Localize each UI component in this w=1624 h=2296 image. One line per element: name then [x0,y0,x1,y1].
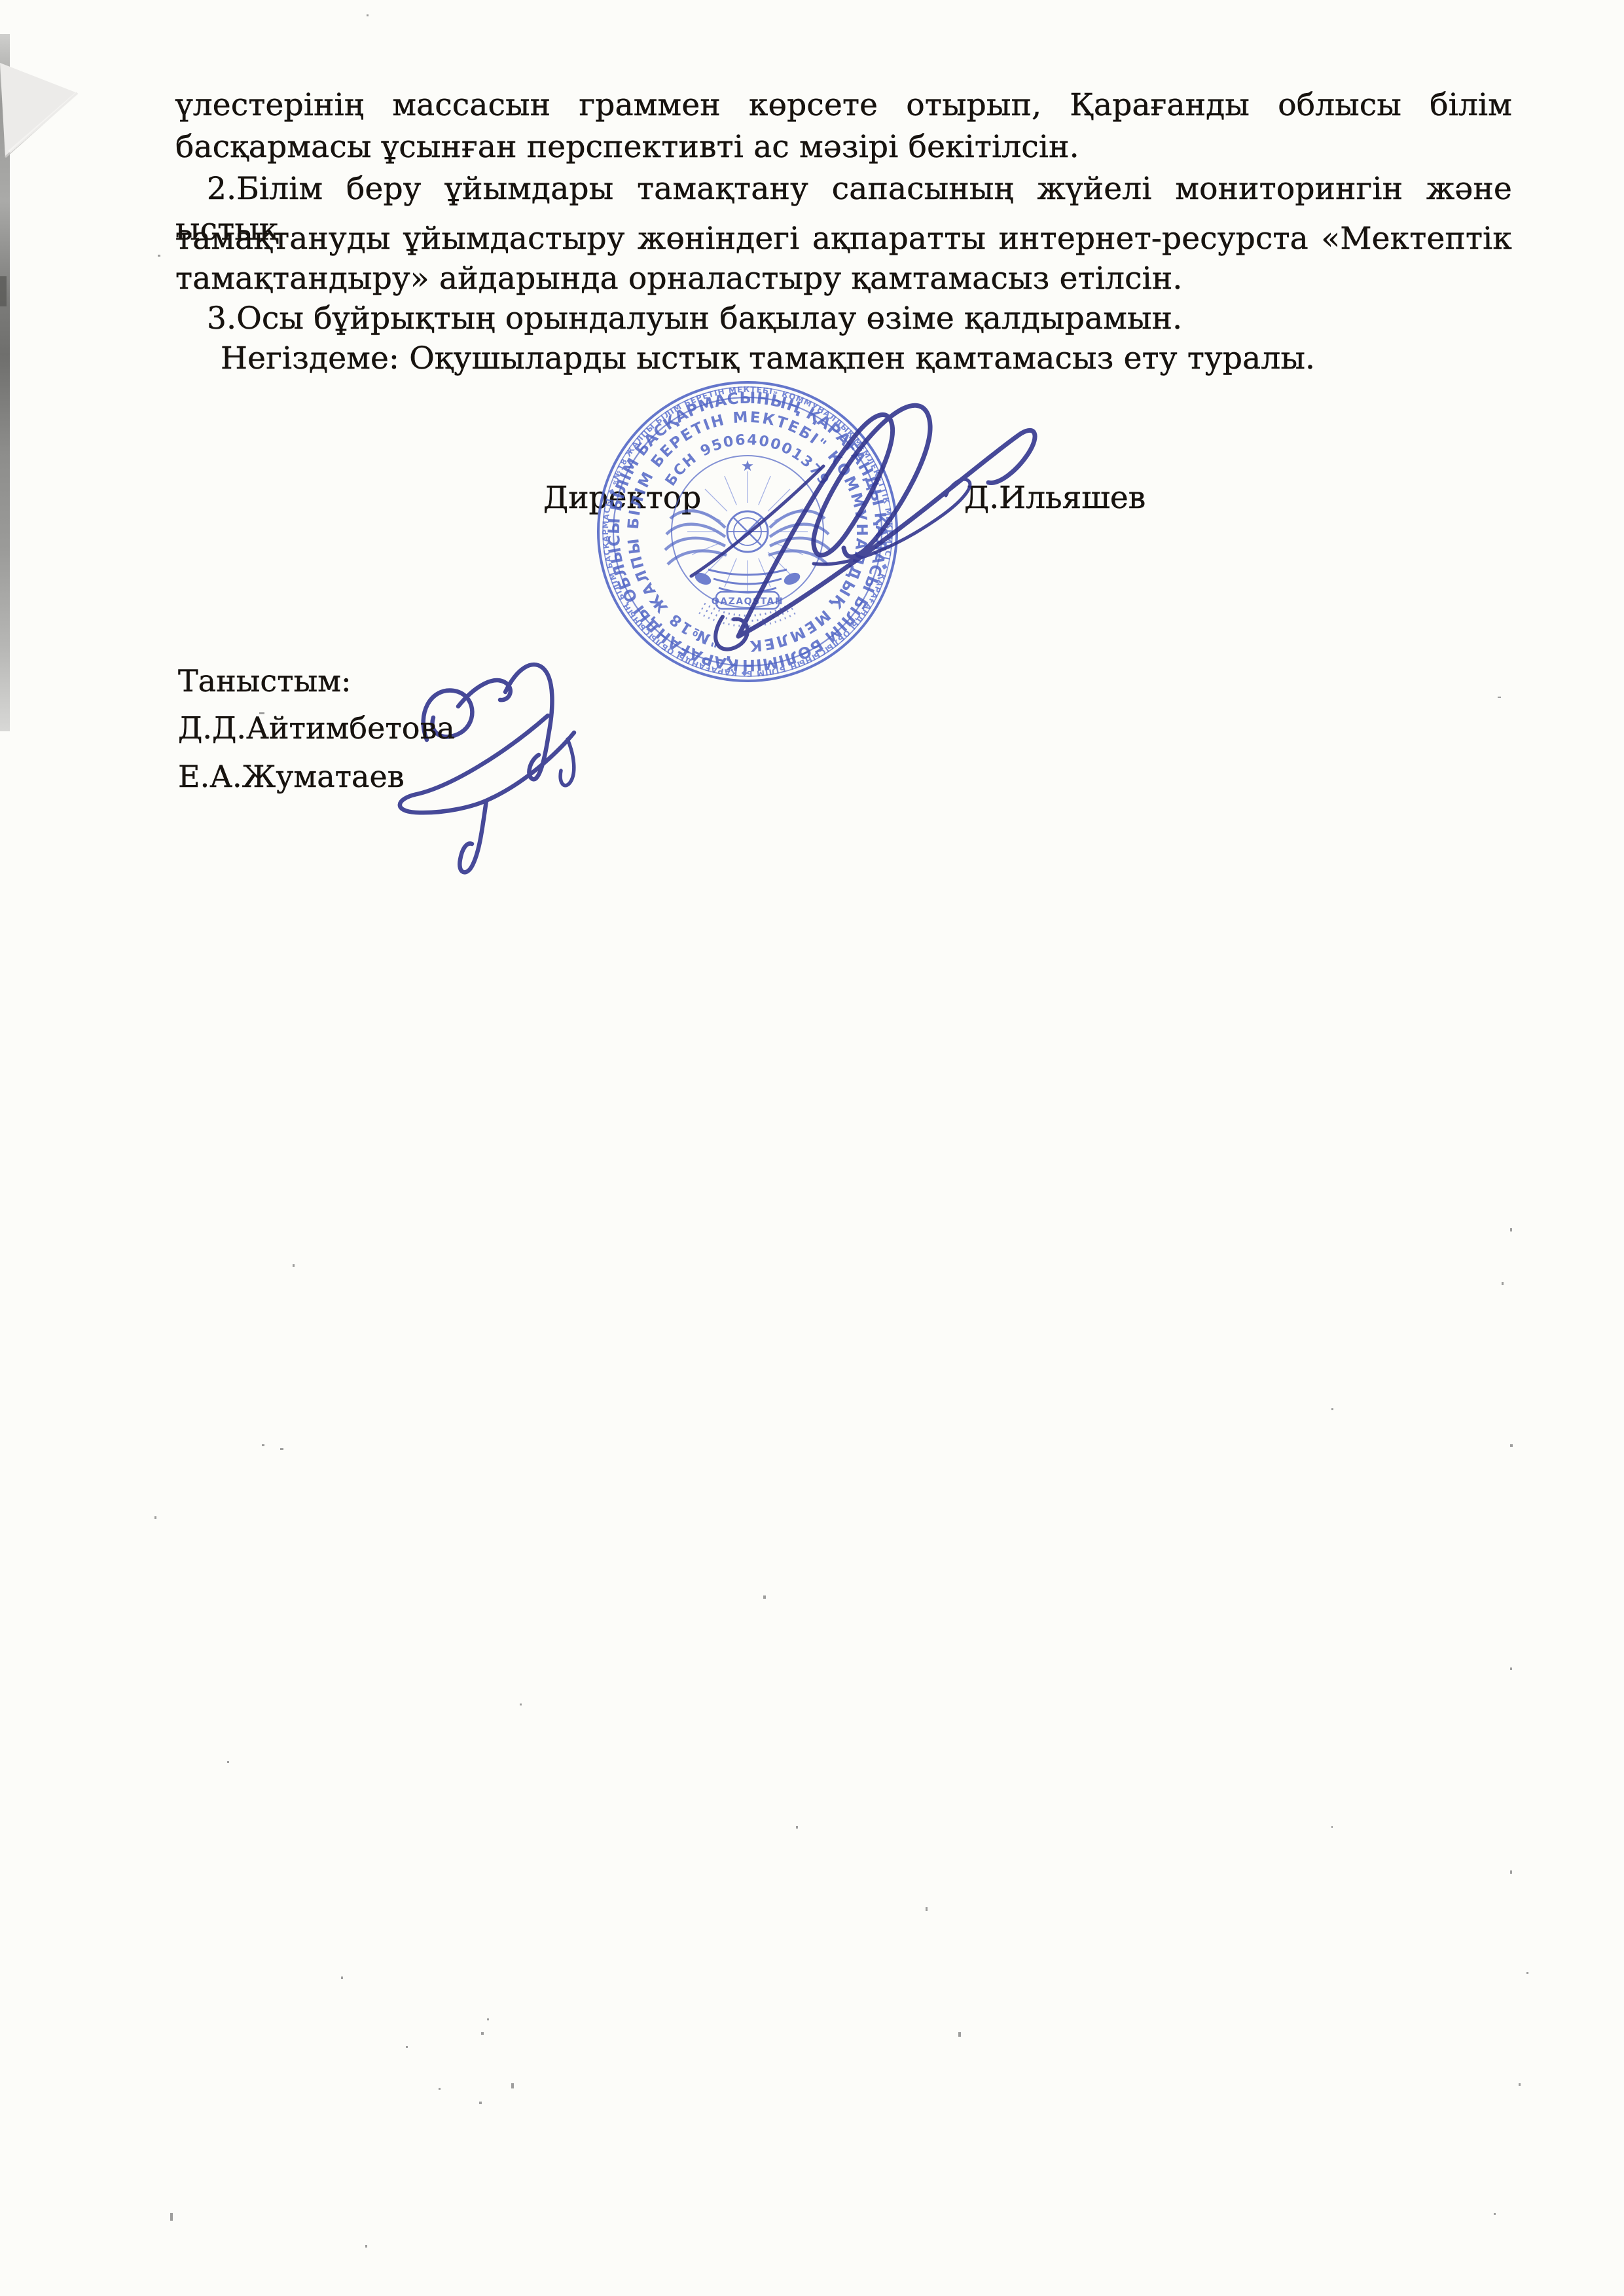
scanned-document-page: үлестерінің массасын граммен көрсете оты… [0,0,1624,2296]
scan-noise [0,0,1624,2296]
